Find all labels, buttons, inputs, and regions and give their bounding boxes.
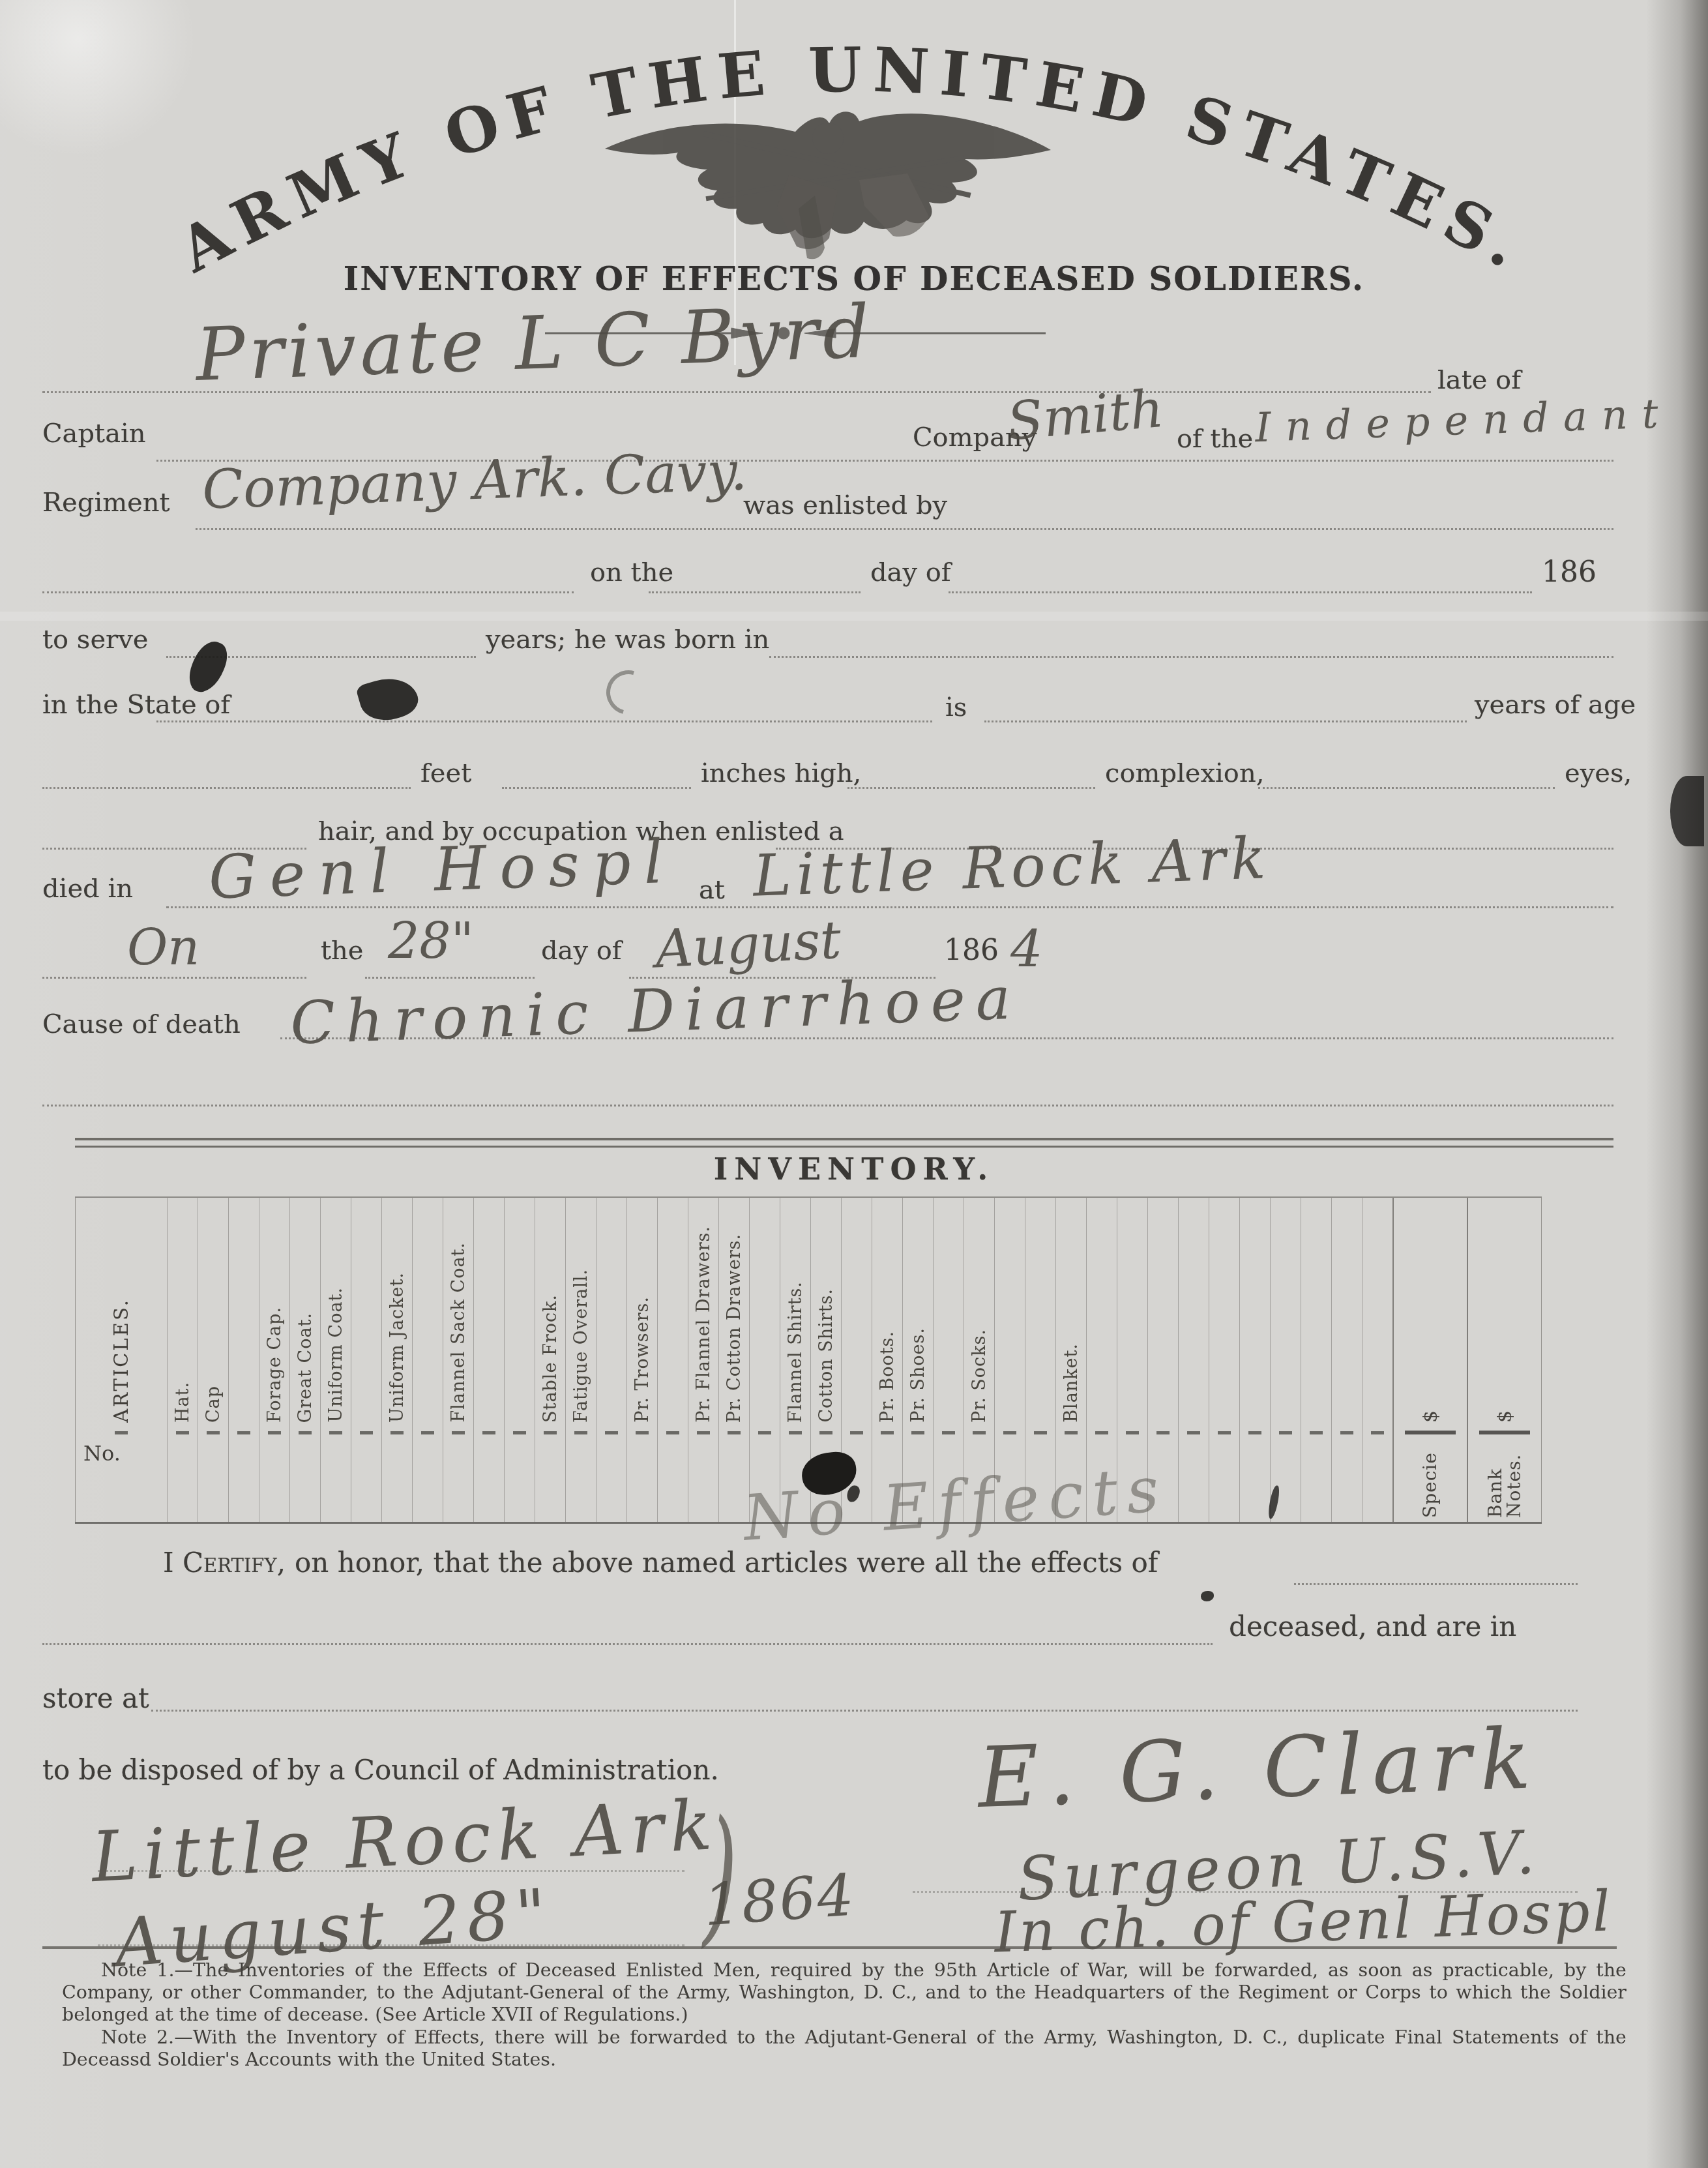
inventory-column: Uniform Jacket. [381, 1198, 412, 1522]
inventory-column [504, 1198, 535, 1522]
inventory-column-label: Flannel Sack Coat. [449, 1242, 469, 1423]
column-dash [728, 1431, 741, 1434]
specie-column-label: Specie [1421, 1438, 1439, 1518]
the-label: the [321, 936, 364, 966]
inventory-column-label: Pr. Cotton Drawers. [724, 1234, 744, 1423]
dotted-line [166, 906, 1613, 908]
inventory-column [412, 1198, 443, 1522]
inventory-column: Cap [198, 1198, 228, 1522]
inventory-column [657, 1198, 688, 1522]
inventory-column: Great Coat. [289, 1198, 320, 1522]
column-dash [697, 1431, 710, 1434]
dotted-line [42, 1643, 1213, 1645]
column-dash [390, 1431, 404, 1434]
column-dash [973, 1431, 986, 1434]
articles-column-label: ARTICLES. [110, 1298, 132, 1423]
column-dash [1371, 1431, 1384, 1434]
bank-notes-column-label: Bank Notes. [1486, 1438, 1524, 1518]
column-dash [360, 1431, 373, 1434]
complexion-label: complexion, [1105, 758, 1264, 788]
years-age-label: years of age [1475, 690, 1636, 720]
ink-blot [1201, 1591, 1214, 1601]
column-dash [1405, 1431, 1456, 1434]
inventory-column-label: Stable Frock. [540, 1294, 561, 1423]
dotted-line [151, 1710, 1578, 1712]
column-dash [1187, 1431, 1200, 1434]
column-dash [513, 1431, 526, 1434]
column-dash [237, 1431, 250, 1434]
dotted-line [847, 787, 1095, 789]
dotted-line [42, 1105, 1613, 1106]
dotted-line [769, 656, 1613, 658]
late-of-label: late of [1437, 365, 1521, 395]
regiment-label: Regiment [42, 488, 170, 518]
of-the-label: of the [1177, 424, 1253, 454]
dotted-line [42, 391, 1431, 393]
inventory-column: Hat. [167, 1198, 198, 1522]
month-handwritten: August [654, 910, 843, 980]
certify-rest: on honor, that the above named articles … [295, 1547, 1158, 1579]
column-dash [1034, 1431, 1047, 1434]
column-dash [819, 1431, 832, 1434]
column-dash [1003, 1431, 1016, 1434]
certify-line: I Certify,on honor, that the above named… [163, 1547, 1158, 1579]
year2-prefix-label: 186 [944, 934, 999, 967]
dotted-line [280, 1037, 1613, 1039]
year-prefix-label: 186 [1542, 556, 1597, 589]
deceased-label: deceased, and are in [1229, 1611, 1516, 1642]
note-1: Note 1.—The Inventories of the Effects o… [62, 1959, 1627, 2027]
double-rule-bottom [75, 1146, 1613, 1148]
inventory-column: Forage Cap. [259, 1198, 289, 1522]
dotted-line [1258, 787, 1555, 789]
feet-label: feet [420, 758, 471, 788]
column-dash [1479, 1431, 1530, 1434]
inventory-column-label: Pr. Flannel Drawers. [694, 1226, 714, 1423]
inventory-column [1301, 1198, 1331, 1522]
inventory-column [1362, 1198, 1392, 1522]
dotted-line [196, 528, 1613, 530]
column-dash [299, 1431, 312, 1434]
dotted-line [984, 720, 1467, 722]
inventory-column: Pr. Trowsers. [626, 1198, 657, 1522]
eyes-label: eyes, [1565, 758, 1632, 788]
specie-dollar-sign: $ [1419, 1410, 1442, 1423]
column-dash [482, 1431, 495, 1434]
died-in-label: died in [42, 874, 133, 904]
inventory-title: INVENTORY. [0, 1151, 1708, 1187]
paper-crease [0, 612, 1708, 621]
column-dash [758, 1431, 771, 1434]
column-dash [942, 1431, 955, 1434]
inventory-column-label: Uniform Jacket. [387, 1272, 407, 1423]
is-label: is [945, 692, 967, 722]
cause-label: Cause of death [42, 1009, 241, 1039]
column-dash [574, 1431, 587, 1434]
column-dash [176, 1431, 189, 1434]
column-dash [1095, 1431, 1108, 1434]
inventory-column-label: Pr. Trowsers. [632, 1296, 653, 1423]
column-dash [1279, 1431, 1292, 1434]
inventory-column [596, 1198, 626, 1522]
dotted-line [365, 977, 535, 979]
column-dash [268, 1431, 281, 1434]
dotted-line [502, 787, 691, 789]
inventory-column [1270, 1198, 1301, 1522]
column-dash [605, 1431, 618, 1434]
column-dash [1218, 1431, 1231, 1434]
dotted-line [42, 787, 411, 789]
column-dash [1340, 1431, 1353, 1434]
column-dash [1156, 1431, 1170, 1434]
years-born-label: years; he was born in [486, 625, 769, 655]
regiment-name-handwritten: Independant [1254, 389, 1673, 451]
double-rule-top [75, 1138, 1613, 1140]
at-label: at [699, 875, 725, 905]
inventory-column-label: Great Coat. [295, 1313, 316, 1423]
inventory-column-label: Hat. [173, 1382, 193, 1423]
inventory-column [473, 1198, 504, 1522]
column-dash [881, 1431, 894, 1434]
dotted-line [649, 591, 861, 593]
captain-label: Captain [42, 419, 146, 449]
column-dash [636, 1431, 649, 1434]
inventory-column [228, 1198, 259, 1522]
dotted-line [42, 977, 306, 979]
inventory-column: Pr. Flannel Drawers. [688, 1198, 718, 1522]
council-label: to be disposed of by a Council of Admini… [42, 1754, 719, 1786]
column-dash [1248, 1431, 1261, 1434]
column-dash [666, 1431, 679, 1434]
inventory-column-label: Flannel Shirts. [786, 1281, 806, 1423]
certify-prefix: I Certify, [163, 1547, 286, 1579]
company-handwritten: Smith [1005, 378, 1166, 453]
store-at-label: store at [42, 1682, 149, 1714]
edge-stain [1670, 776, 1704, 846]
column-dash [911, 1431, 924, 1434]
in-state-label: in the State of [42, 690, 230, 720]
bank-notes-column: $ Bank Notes. [1467, 1198, 1542, 1522]
inches-label: inches high, [701, 758, 861, 788]
column-dash [421, 1431, 434, 1434]
dotted-line [1294, 1583, 1578, 1585]
inventory-columns: Hat.CapForage Cap.Great Coat.Uniform Coa… [167, 1198, 1392, 1522]
day-handwritten: 28" [388, 912, 474, 970]
inventory-column-label: Uniform Coat. [326, 1287, 346, 1423]
unit-handwritten: Company Ark. Cavy. [201, 440, 748, 521]
column-dash [1310, 1431, 1323, 1434]
inventory-column [1331, 1198, 1362, 1522]
was-enlisted-label: was enlisted by [743, 490, 947, 520]
inventory-column-label: Blanket. [1061, 1343, 1082, 1423]
to-serve-label: to serve [42, 625, 148, 655]
inventory-column-label: Pr. Boots. [877, 1331, 898, 1423]
dotted-line [156, 720, 932, 722]
column-dash [789, 1431, 802, 1434]
on-the-label: on the [590, 557, 673, 587]
inventory-column: Fatigue Overall. [565, 1198, 596, 1522]
ink-blot [355, 671, 422, 727]
document-page: ARMY OF THE UNITED STATES. INVENTORY OF … [0, 0, 1708, 2168]
inventory-column-label: Cap [203, 1386, 224, 1423]
dotted-line [42, 591, 574, 593]
inventory-articles-column: ARTICLES. No. [75, 1198, 167, 1522]
column-dash [850, 1431, 863, 1434]
eagle-illustration [600, 98, 1056, 267]
notes-separator-rule [42, 1946, 1617, 1949]
inventory-column [351, 1198, 381, 1522]
column-dash [1126, 1431, 1139, 1434]
dotted-line [949, 591, 1532, 593]
surgeon-signature: E. G. Clark [977, 1710, 1541, 1827]
inventory-column [749, 1198, 780, 1522]
inventory-column-label: Pr. Socks. [969, 1329, 990, 1423]
note-2: Note 2.—With the Inventory of Effects, t… [62, 2027, 1627, 2071]
specie-column: $ Specie [1392, 1198, 1467, 1522]
column-dash [207, 1431, 220, 1434]
on-handwritten: On [127, 918, 199, 976]
column-dash [452, 1431, 465, 1434]
died-place-handwritten: Genl Hospl [207, 827, 677, 913]
day-of2-label: day of [541, 936, 622, 966]
inventory-column [1239, 1198, 1270, 1522]
no-row-label: No. [83, 1441, 121, 1466]
bracket-handwritten: ) [702, 1788, 739, 1965]
inventory-column: Stable Frock. [535, 1198, 565, 1522]
inventory-column: Pr. Cotton Drawers. [718, 1198, 749, 1522]
inventory-column-label: Forage Cap. [265, 1307, 285, 1423]
inventory-column [1178, 1198, 1209, 1522]
column-dash [329, 1431, 342, 1434]
inventory-column [1209, 1198, 1239, 1522]
day-of-label: day of [870, 557, 951, 587]
inventory-column-label: Cotton Shirts. [816, 1288, 836, 1423]
bank-notes-dollar-sign: $ [1494, 1410, 1516, 1423]
inventory-column: Uniform Coat. [320, 1198, 351, 1522]
inventory-column: Flannel Sack Coat. [443, 1198, 473, 1522]
inventory-column-label: Pr. Shoes. [908, 1328, 928, 1423]
column-dash [1065, 1431, 1078, 1434]
ink-blot [183, 636, 232, 698]
column-dash [544, 1431, 557, 1434]
inventory-column-label: Fatigue Overall. [571, 1269, 591, 1423]
column-dash [115, 1431, 128, 1434]
ink-smudge [598, 662, 659, 723]
